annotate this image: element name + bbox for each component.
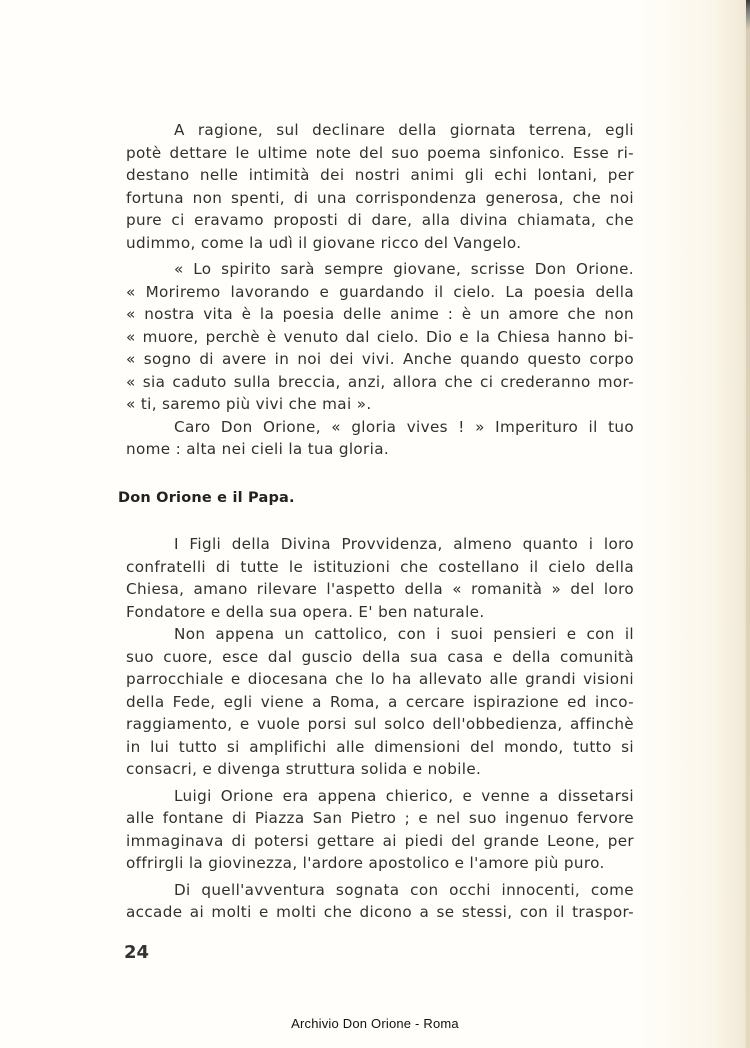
paragraph: I Figli della Divina Provvidenza, almeno… xyxy=(126,533,634,623)
text-line: « sia caduto sulla breccia, anzi, allora… xyxy=(126,371,634,394)
text-line: parrocchiale e diocesana che lo ha allev… xyxy=(126,668,634,691)
section-2-text: I Figli della Divina Provvidenza, almeno… xyxy=(126,533,634,924)
text-line: offrirgli la giovinezza, l'ardore aposto… xyxy=(126,852,634,875)
paragraph: Caro Don Orione, « gloria vives ! » Impe… xyxy=(126,416,634,461)
text-line: Di quell'avventura sognata con occhi inn… xyxy=(126,879,634,902)
text-line: consacri, e divenga struttura solida e n… xyxy=(126,758,634,781)
paragraph: Luigi Orione era appena chierico, e venn… xyxy=(126,785,634,875)
text-line: pure ci eravamo proposti di dare, alla d… xyxy=(126,209,634,232)
text-line: destano nelle intimità dei nostri animi … xyxy=(126,164,634,187)
text-line: « Moriremo lavorando e guardando il ciel… xyxy=(126,281,634,304)
text-line: « muore, perchè è venuto dal cielo. Dio … xyxy=(126,326,634,349)
text-line: suo cuore, esce dal guscio della sua cas… xyxy=(126,646,634,669)
text-line: in lui tutto si amplifichi alle dimensio… xyxy=(126,736,634,759)
archive-footer: Archivio Don Orione - Roma xyxy=(0,1016,750,1031)
paragraph: Di quell'avventura sognata con occhi inn… xyxy=(126,879,634,924)
text-line: Non appena un cattolico, con i suoi pens… xyxy=(126,623,634,646)
text-line: nome : alta nei cieli la tua gloria. xyxy=(126,438,634,461)
text-line: accade ai molti e molti che dicono a se … xyxy=(126,901,634,924)
text-line: Fondatore e della sua opera. E' ben natu… xyxy=(126,601,634,624)
page-number: 24 xyxy=(124,942,149,963)
page-edge-shadow xyxy=(746,0,750,1048)
text-line: udimmo, come la udì il giovane ricco del… xyxy=(126,232,634,255)
text-line: I Figli della Divina Provvidenza, almeno… xyxy=(126,533,634,556)
text-line: alle fontane di Piazza San Pietro ; e ne… xyxy=(126,807,634,830)
text-line: « Lo spirito sarà sempre giovane, scriss… xyxy=(126,258,634,281)
text-line: A ragione, sul declinare della giornata … xyxy=(126,119,634,142)
text-line: fortuna non spenti, di una corrispondenz… xyxy=(126,187,634,210)
section-heading: Don Orione e il Papa. xyxy=(118,490,295,506)
text-line: potè dettare le ultime note del suo poem… xyxy=(126,142,634,165)
text-line: confratelli di tutte le istituzioni che … xyxy=(126,556,634,579)
paragraph: Non appena un cattolico, con i suoi pens… xyxy=(126,623,634,781)
paragraph: A ragione, sul declinare della giornata … xyxy=(126,119,634,254)
text-line: « ti, saremo più vivi che mai ». xyxy=(126,393,634,416)
book-page: A ragione, sul declinare della giornata … xyxy=(0,0,750,1048)
text-line: « sogno di avere in noi dei vivi. Anche … xyxy=(126,348,634,371)
section-1-text: A ragione, sul declinare della giornata … xyxy=(126,119,634,461)
text-line: « nostra vita è la poesia delle anime : … xyxy=(126,303,634,326)
text-line: immaginava di potersi gettare ai piedi d… xyxy=(126,830,634,853)
quote-paragraph: « Lo spirito sarà sempre giovane, scriss… xyxy=(126,258,634,416)
text-line: raggiamento, e vuole porsi sul solco del… xyxy=(126,713,634,736)
text-line: della Fede, egli viene a Roma, a cercare… xyxy=(126,691,634,714)
text-line: Luigi Orione era appena chierico, e venn… xyxy=(126,785,634,808)
text-line: Caro Don Orione, « gloria vives ! » Impe… xyxy=(126,416,634,439)
text-line: Chiesa, amano rilevare l'aspetto della «… xyxy=(126,578,634,601)
